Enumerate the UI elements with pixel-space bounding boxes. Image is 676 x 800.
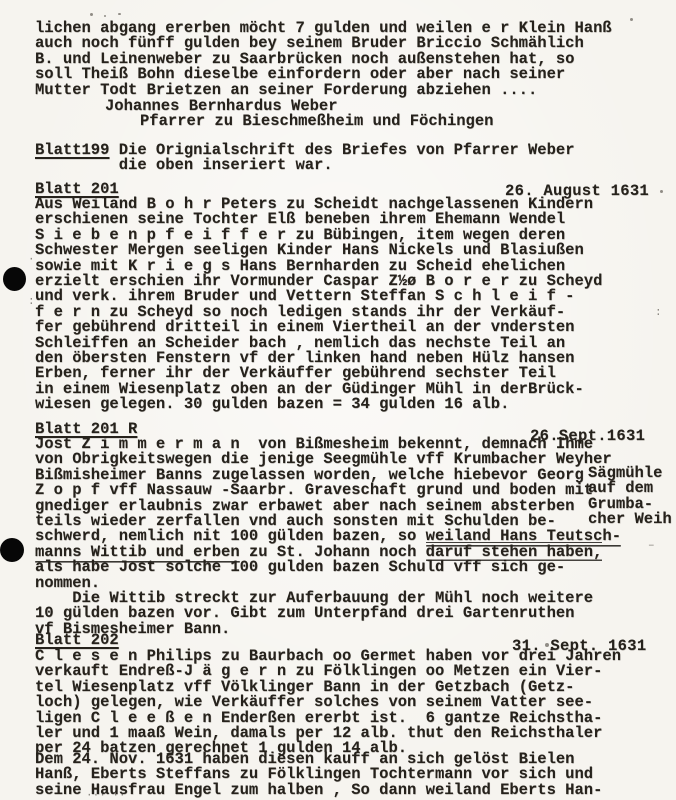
text-line: Mutter Todt Brietzen an seiner Forderung… xyxy=(35,83,612,98)
scan-speck xyxy=(545,643,549,647)
entry-blatt-201-body: Aus Weiland B o h r Peters zu Scheidt na… xyxy=(35,197,602,413)
scan-speck xyxy=(90,13,93,16)
hole-punch-mark xyxy=(3,267,26,291)
scan-mark: ··· ·· xyxy=(86,790,126,800)
hole-punch-mark xyxy=(0,538,24,562)
text-line: vf Bismesheimer Bann. xyxy=(35,622,621,637)
signature-role: Pfarrer zu Bieschmeßheim und Föchingen xyxy=(140,114,493,129)
scan-speck xyxy=(104,15,106,17)
entry-blatt-202-body: C l e s e n Philips zu Baurbach oo Germe… xyxy=(35,649,621,757)
scan-mark: : xyxy=(655,307,662,319)
scan-speck xyxy=(660,190,663,193)
margin-note-sawmill: Sägmühleauf demGrumba-cher Weih xyxy=(588,466,672,528)
entry-blatt-199: Blatt199 Die Orignialschrift des Briefes… xyxy=(35,143,575,174)
scanned-document-page: lichen abgang ererben möcht 7 gulden und… xyxy=(0,0,676,800)
scan-mark: – xyxy=(648,540,655,552)
paragraph-continuation: lichen abgang ererben möcht 7 gulden und… xyxy=(35,21,612,98)
text-line: wiesen gelegen. 30 gulden bazen = 34 gul… xyxy=(35,397,602,412)
text-line: Pfarrer zu Bieschmeßheim und Föchingen xyxy=(140,114,493,129)
text-line: cher Weih xyxy=(588,512,672,527)
scan-mark: : xyxy=(28,296,35,308)
scan-speck xyxy=(630,18,633,21)
text-line: die oben inseriert war. xyxy=(35,158,575,173)
text-line: als habe Jost solche 100 gulden bazen Sc… xyxy=(35,560,621,575)
entry-blatt-201r-body: Jost Z i m m e r m a n von Bißmesheim be… xyxy=(35,437,621,637)
scan-mark: · xyxy=(28,254,35,266)
scan-speck xyxy=(118,13,121,15)
